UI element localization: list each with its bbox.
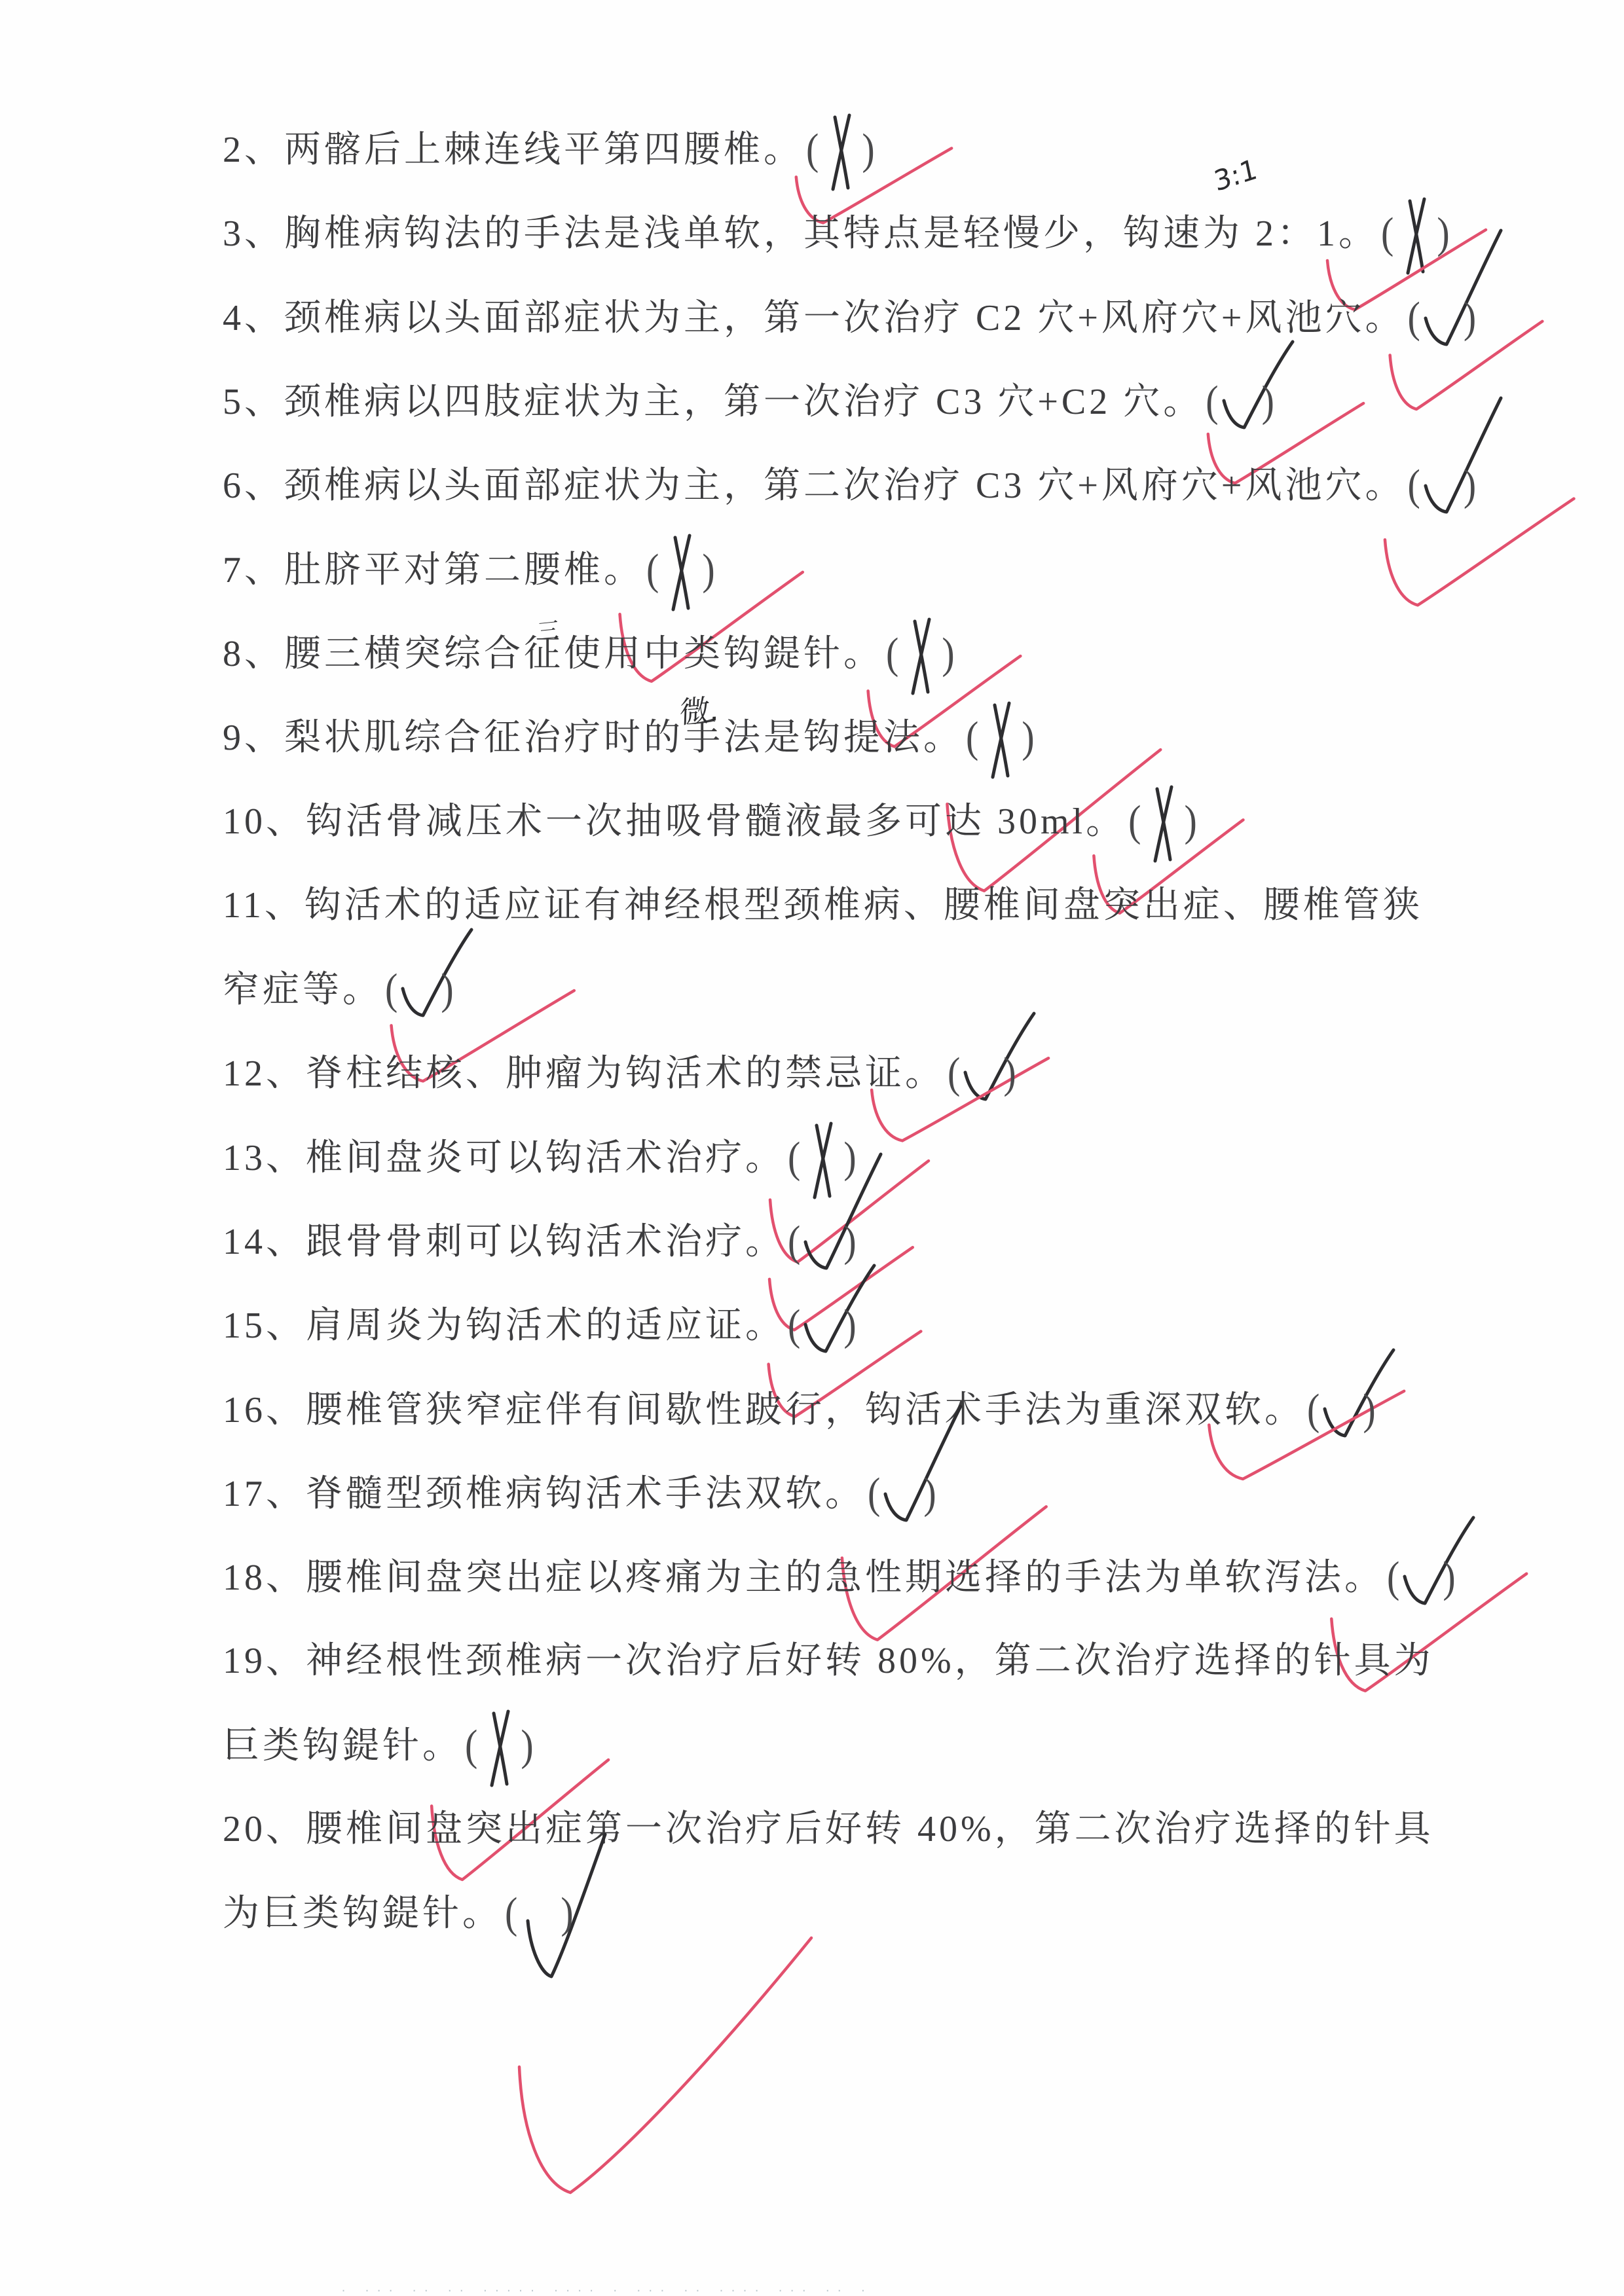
question-text: 5、颈椎病以四肢症状为主，第一次治疗 C3 穴+C2 穴。 <box>223 382 1203 422</box>
question-text: 2、两髂后上棘连线平第四腰椎。 <box>223 130 803 170</box>
answer-paren-close: ) <box>1461 293 1479 342</box>
question-line: 13、椎间盘炎可以钩活术治疗。() <box>223 1137 859 1185</box>
handwritten-annotation-wei-note: 微. <box>679 686 720 733</box>
answer-paren-close: ) <box>859 125 877 173</box>
answer-mark-check <box>1322 1393 1360 1427</box>
question-line: 17、脊髓型颈椎病钩活术手法双软。() <box>223 1472 939 1521</box>
answer-mark-cross <box>1143 805 1181 839</box>
question-text: 13、椎间盘炎可以钩活术治疗。 <box>223 1138 785 1178</box>
question-line: 19、神经根性颈椎病一次治疗后好转 80%，第二次治疗选择的针具为 <box>223 1640 1434 1688</box>
question-text: 9、梨状肌综合征治疗时的手法是钩提法。 <box>223 718 963 758</box>
answer-paren-close: ) <box>1360 1385 1378 1434</box>
question-line: 5、颈椎病以四肢症状为主，第一次治疗 C3 穴+C2 穴。() <box>223 380 1277 429</box>
answer-mark-check <box>883 1477 921 1511</box>
question-line: 7、肚脐平对第二腰椎。() <box>223 549 718 597</box>
question-line: 巨类钩鍉针。() <box>223 1724 536 1773</box>
answer-paren-close: ) <box>558 1889 576 1937</box>
grader-check-icon <box>864 1053 1054 1154</box>
question-text: 14、跟骨骨刺可以钩活术治疗。 <box>223 1222 785 1262</box>
answer-paren-close: ) <box>921 1469 938 1518</box>
question-line: 20、腰椎间盘突出症第一次治疗后好转 40%，第二次治疗选择的针具 <box>223 1808 1434 1857</box>
question-text: 3、胸椎病钩法的手法是浅单软，其特点是轻慢少，钩速为 2：1。 <box>223 213 1378 254</box>
grader-check-icon <box>1201 1385 1411 1493</box>
question-text: 为巨类钩鍉针。 <box>223 1893 502 1934</box>
question-text: 19、神经根性颈椎病一次治疗后好转 80%，第二次治疗选择的针具为 <box>223 1641 1434 1681</box>
answer-paren-close: ) <box>1461 461 1479 509</box>
question-line: 6、颈椎病以头面部症状为主，第二次治疗 C3 穴+风府穴+风池穴。() <box>223 464 1479 513</box>
question-line: 16、腰椎管狭窄症伴有间歇性跛行，钩活术手法为重深双软。() <box>223 1389 1378 1437</box>
question-line: 18、腰椎间盘突出症以疼痛为主的急性期选择的手法为单软泻法。() <box>223 1556 1458 1605</box>
scanned-exam-page: 2、两髂后上棘连线平第四腰椎。()3、胸椎病钩法的手法是浅单软，其特点是轻慢少，… <box>0 0 1624 2296</box>
answer-paren-close: ) <box>1259 377 1277 426</box>
answer-mark-check <box>1423 469 1461 503</box>
answer-mark-cross <box>661 553 699 587</box>
question-line: 14、跟骨骨刺可以钩活术治疗。() <box>223 1220 859 1269</box>
question-text: 6、颈椎病以头面部症状为主，第二次治疗 C3 穴+风府穴+风池穴。 <box>223 465 1405 506</box>
answer-mark-check <box>400 973 438 1007</box>
question-text: 11、钩活术的适应证有神经根型颈椎病、腰椎间盘突出症、腰椎管狭 <box>223 885 1423 926</box>
answer-mark-cross <box>821 133 859 167</box>
answer-mark-cross <box>480 1729 518 1763</box>
question-text: 4、颈椎病以头面部症状为主，第一次治疗 C2 穴+风府穴+风池穴。 <box>223 298 1405 338</box>
question-text: 20、腰椎间盘突出症第一次治疗后好转 40%，第二次治疗选择的针具 <box>223 1809 1434 1850</box>
answer-paren-close: ) <box>939 629 957 678</box>
answer-mark-cross <box>901 637 939 671</box>
answer-mark-check <box>963 1057 1001 1091</box>
question-line: 2、两髂后上棘连线平第四腰椎。() <box>223 128 877 177</box>
handwritten-annotation-ratio-note: 3:1 <box>1211 153 1261 198</box>
answer-paren-close: ) <box>1019 713 1037 761</box>
answer-paren-close: ) <box>841 1301 858 1349</box>
question-text: 10、钩活骨减压术一次抽吸骨髓液最多可达 30ml。 <box>223 801 1126 842</box>
question-line: 窄症等。() <box>223 968 456 1017</box>
question-line: 8、腰三横突综合征使用中类钩鍉针。() <box>223 632 957 681</box>
question-text: 16、腰椎管狭窄症伴有间歇性跛行，钩活术手法为重深双软。 <box>223 1390 1304 1430</box>
answer-paren-close: ) <box>438 965 456 1013</box>
question-text: 窄症等。 <box>223 970 382 1010</box>
question-line: 12、脊柱结核、肿瘤为钩活术的禁忌证。() <box>223 1052 1019 1101</box>
answer-mark-cross <box>981 721 1019 755</box>
question-text: 12、脊柱结核、肿瘤为钩活术的禁忌证。 <box>223 1053 945 1094</box>
handwritten-annotation-stroke-note: 三 <box>537 611 559 646</box>
question-line: 为巨类钩鍉针。() <box>223 1892 576 1941</box>
answer-paren-close: ) <box>518 1721 536 1770</box>
question-text: 17、脊髓型颈椎病钩活术手法双软。 <box>223 1474 865 1514</box>
answer-mark-check <box>803 1225 841 1259</box>
grader-check-icon <box>1377 492 1580 623</box>
answer-mark-check <box>520 1897 558 1931</box>
question-text: 7、肚脐平对第二腰椎。 <box>223 550 644 591</box>
grader-check-icon <box>510 1933 818 2208</box>
answer-mark-check <box>1221 385 1259 419</box>
question-text: 15、肩周炎为钩活术的适应证。 <box>223 1305 785 1346</box>
answer-paren-close: ) <box>1181 797 1199 846</box>
question-line: 3、胸椎病钩法的手法是浅单软，其特点是轻慢少，钩速为 2：1。() <box>223 212 1452 261</box>
answer-mark-check <box>803 1309 841 1343</box>
answer-paren-close: ) <box>1440 1553 1458 1601</box>
question-line: 15、肩周炎为钩活术的适应证。() <box>223 1304 859 1353</box>
question-line: 9、梨状肌综合征治疗时的手法是钩提法。() <box>223 716 1037 765</box>
answer-paren-close: ) <box>699 545 717 594</box>
question-text: 18、腰椎间盘突出症以疼痛为主的急性期选择的手法为单软泻法。 <box>223 1558 1384 1598</box>
answer-mark-check <box>1402 1561 1440 1595</box>
question-line: 10、钩活骨减压术一次抽吸骨髓液最多可达 30ml。() <box>223 800 1200 848</box>
answer-paren-close: ) <box>1001 1049 1018 1097</box>
answer-mark-check <box>1423 301 1461 335</box>
cut-off-text-fragment: · ··· ·· ·· ····· ···· · ··· ·· ···· ···… <box>341 2285 872 2296</box>
